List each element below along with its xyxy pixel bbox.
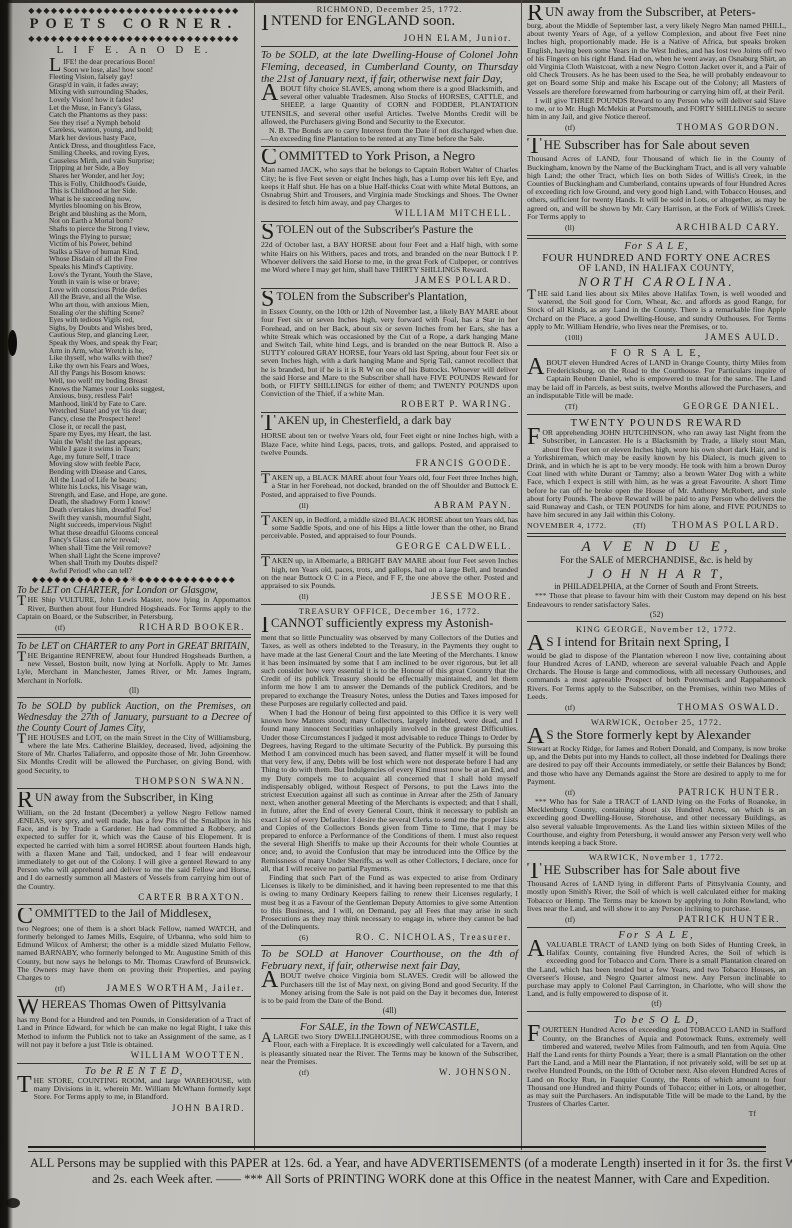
ad-hanover-slaves-sale: To be SOLD at Hanover Courthouse, on the… <box>261 948 518 1015</box>
ad-fleming-estate-sale: To be SOLD, at the late Dwelling-House o… <box>261 49 518 143</box>
ad-lead: WHEREAS Thomas Owen of Pittsylvania <box>17 999 251 1016</box>
ad-lead: COMMITTED to York Prison, a Negro <box>261 149 518 166</box>
ad-heading-line: J O H N H A R T, <box>527 566 786 582</box>
ad-hunting-creek-land: For S A L E, A VALUABLE TRACT of LAND ly… <box>527 930 786 1008</box>
ad-body: A VALUABLE TRACT of LAND lying on both S… <box>527 941 786 998</box>
ad-lead: THE Subscriber has for Sale about seven <box>527 138 786 155</box>
column-rule-2 <box>521 0 522 1150</box>
ad-body: William, on the 2d Instant (December) a … <box>17 809 251 891</box>
ad-tag: (6) <box>261 933 308 942</box>
signature-row: (tf) THOMAS OSWALD. <box>527 702 786 712</box>
ad-paragraph: Finding that such Part of the Fund as wa… <box>261 874 518 931</box>
ad-heading-line: A V E N D U E, <box>527 539 786 556</box>
divider-rule <box>261 471 518 472</box>
ad-signature: CARTER BRAXTON. <box>138 892 251 902</box>
signature-row: Tf <box>527 1109 786 1118</box>
divider-rule <box>17 1063 251 1064</box>
ad-signature: WILLIAM WOOTTEN. <box>131 1050 251 1060</box>
ad-heading-line: For the SALE of MERCHANDISE, &c. is held… <box>527 556 786 566</box>
ad-note: *** Those that please to favour him with… <box>527 592 786 608</box>
ad-body: ment that so little Punctuality was obse… <box>261 634 518 708</box>
ad-stolen-bay-mare-gray-horse: STOLEN from the Subscriber's Plantation,… <box>261 291 518 409</box>
ad-body: THE STORE, COUNTING ROOM, and large WARE… <box>17 1077 251 1102</box>
divider-rule <box>527 927 786 928</box>
ad-taken-up-albemarle: TAKEN up, in Albemarle, a BRIGHT BAY MAR… <box>261 557 518 601</box>
divider-rule <box>527 621 786 622</box>
footer-double-rule <box>28 1146 766 1152</box>
divider-rule <box>261 412 518 413</box>
signature-row: GEORGE CALDWELL. <box>261 541 518 551</box>
ad-committed-middlesex-jail: COMMITTED to the Jail of Middlesex, two … <box>17 908 251 993</box>
ad-signature: GEORGE CALDWELL. <box>396 541 518 551</box>
ad-blaikley-house-auction: To be SOLD by publick Auction, on the Pr… <box>17 701 251 786</box>
ad-signature: GEORGE DANIEL. <box>683 401 786 411</box>
ad-heading: To be SOLD at Hanover Courthouse, on the… <box>261 948 518 972</box>
ad-lead: AS I intend for Britain next Spring, I <box>527 635 786 652</box>
ad-lead: RUN away from the Subscriber, in King <box>17 792 251 809</box>
ad-tag: (ll) <box>17 686 251 695</box>
ad-brigantine-renfrew-charter: To be LET on CHARTER to any Port in GREA… <box>17 641 251 695</box>
signature-row: THOMPSON SWANN. <box>17 776 251 786</box>
column-middle: RICHMOND, December 25, 1772. I NTEND for… <box>261 5 518 1077</box>
divider-rule <box>17 996 251 997</box>
ad-dateline: NOVEMBER 4, 1772. <box>527 521 607 530</box>
ad-body: FOR apprehending JOHN HUTCHINSON, who ra… <box>527 429 786 519</box>
ad-signature: ABRAM PAYN. <box>434 500 518 510</box>
newspaper-page: ◆◆◆◆◆◆◆◆◆◆◆◆◆◆◆◆◆◆◆◆◆◆◆◆◆◆◆◆ POETS CORNE… <box>0 0 792 1228</box>
ad-vendue-john-hart: A V E N D U E, For the SALE of MERCHANDI… <box>527 539 786 618</box>
ad-heading-line: OF LAND, IN HALIFAX COUNTY, <box>527 264 786 274</box>
divider-rule <box>261 604 518 605</box>
ad-body: TAKEN up, in Bedford, a middle sized BLA… <box>261 516 518 541</box>
subscription-notice: ALL Persons may be supplied with this PA… <box>30 1156 792 1187</box>
ad-dateline: KING GEORGE, November 12, 1772. <box>527 625 786 634</box>
signature-row: FRANCIS GOODE. <box>261 458 518 468</box>
ad-body: Man named JACK, who says that he belongs… <box>261 166 518 207</box>
ad-signature: FRANCIS GOODE. <box>416 458 518 468</box>
ad-body: THE Ship VULTURE, John Lewis Master, now… <box>17 596 251 621</box>
signature-row: CARTER BRAXTON. <box>17 892 251 902</box>
signature-row: JOHN ELAM, Junior. <box>261 33 518 43</box>
ad-signature: WILLIAM MITCHELL. <box>395 208 518 218</box>
ad-signature: THOMAS POLLARD. <box>672 520 786 530</box>
signature-row: (Tf) GEORGE DANIEL. <box>527 401 786 411</box>
ad-lead: STOLEN out of the Subscriber's Pasture t… <box>261 224 518 241</box>
ad-signature: JAMES WORTHAM, Jailer. <box>107 983 252 993</box>
ad-newcastle-dwellinghouse: For SALE, in the Town of NEWCASTLE, A LA… <box>261 1021 518 1077</box>
ad-body: Thousand Acres of LAND lying in differen… <box>527 880 786 913</box>
ad-signature: ARCHIBALD CARY. <box>676 222 786 232</box>
signature-row: (6) RO. C. NICHOLAS, Treasurer. <box>261 932 518 942</box>
signature-row: (tf) RICHARD BOOKER. <box>17 622 251 632</box>
ad-signature: THOMPSON SWANN. <box>135 776 251 786</box>
ad-warwick-store-debts: WARWICK, October 25, 1772. AS the Store … <box>527 718 786 847</box>
divider-rule <box>261 512 518 513</box>
ad-stolen-bay-horse: STOLEN out of the Subscriber's Pasture t… <box>261 224 518 285</box>
ad-heading-line: For S A L E, <box>527 241 786 252</box>
signature-row: JAMES POLLARD. <box>261 275 518 285</box>
column-right: RUN away from the Subscriber, at Peters-… <box>527 5 786 1118</box>
section-title-poets-corner: POETS CORNER. <box>17 16 251 33</box>
ad-lead: RUN away from the Subscriber, at Peters- <box>527 5 786 22</box>
ad-halifax-nc-land: For S A L E, FOUR HUNDRED AND FORTY ONE … <box>527 241 786 342</box>
ad-orange-county-land: F O R S A L E, ABOUT eleven Hundred Acre… <box>527 348 786 411</box>
ad-body: ABOUT twelve choice Virginia born SLAVES… <box>261 972 518 1005</box>
ad-body: in Essex County, on the 10th or 12th of … <box>261 308 518 398</box>
ad-heading-line: in PHILADELPHIA, at the Corner of South … <box>527 582 786 591</box>
ad-signature: RO. C. NICHOLAS, Treasurer. <box>356 932 518 942</box>
ad-heading-line: NORTH CAROLINA. <box>527 274 786 290</box>
ad-tag: (tf) <box>17 623 65 632</box>
divider-rule <box>527 533 786 537</box>
ad-tag: (Tf) <box>527 402 578 411</box>
ad-lead: AS the Store formerly kept by Alexander <box>527 728 786 745</box>
ad-whereas-thomas-owen: WHEREAS Thomas Owen of Pittsylvania has … <box>17 999 251 1060</box>
ad-ship-vulture-charter: To be LET on CHARTER, for London or Glas… <box>17 585 251 632</box>
divider-rule <box>527 235 786 239</box>
ad-runaway-phill: RUN away from the Subscriber, at Peters-… <box>527 5 786 132</box>
ad-stafford-tobacco-land: To be S O L D, FOURTEEN Hundred Acres of… <box>527 1014 786 1118</box>
column-left: ◆◆◆◆◆◆◆◆◆◆◆◆◆◆◆◆◆◆◆◆◆◆◆◆◆◆◆◆ POETS CORNE… <box>17 5 251 1113</box>
ad-tag: (ll) <box>261 501 309 510</box>
ad-runaway-aeneas: RUN away from the Subscriber, in King Wi… <box>17 792 251 902</box>
signature-row: ROBERT P. WARING. <box>261 399 518 409</box>
ad-tag: (tf) <box>527 788 575 797</box>
ad-signature: JOHN ELAM, Junior. <box>404 33 518 43</box>
ad-body: has my Bond for a Hundred and ten Pounds… <box>17 1016 251 1049</box>
signature-row: (tf) THOMAS GORDON. <box>527 122 786 132</box>
ad-tag: (4ll) <box>261 1006 518 1015</box>
ad-body: ABOUT eleven Hundred Acres of LAND in Or… <box>527 359 786 400</box>
ad-pittsylvania-land: WARWICK, November 1, 1772. THE Subscribe… <box>527 853 786 924</box>
scan-artifact <box>8 330 17 356</box>
ad-buckingham-land: THE Subscriber has for Sale about seven … <box>527 138 786 232</box>
ad-taken-up-bedford: TAKEN up, in Bedford, a middle sized BLA… <box>261 516 518 552</box>
signature-row: JOHN BAIRD. <box>17 1103 251 1113</box>
signature-row: (tf) W. JOHNSON. <box>261 1067 518 1077</box>
scan-edge-top <box>0 0 560 3</box>
divider-rule <box>17 904 251 905</box>
ad-note: I will give THREE POUNDS Reward to any P… <box>527 97 786 122</box>
ad-signature: JOHN BAIRD. <box>172 1103 251 1113</box>
ad-lead: TAKEN up, in Chesterfield, a dark bay <box>261 415 518 432</box>
ad-taken-up-chesterfield: TAKEN up, in Chesterfield, a dark bay HO… <box>261 415 518 468</box>
ad-heading: To be SOLD by publick Auction, on the Pr… <box>17 701 251 734</box>
ad-tag: (Tf) <box>633 521 646 530</box>
ad-intend-for-england: RICHMOND, December 25, 1772. I NTEND for… <box>261 5 518 43</box>
ad-lead: I NTEND for ENGLAND soon. <box>261 15 518 32</box>
signature-row: (tf) PATRICK HUNTER. <box>527 787 786 797</box>
ad-body: would be glad to dispose of the Plantati… <box>527 652 786 701</box>
ad-lead: THE Subscriber has for Sale about five <box>527 863 786 880</box>
scan-edge-left <box>0 0 13 1228</box>
ad-body: TAKEN up, in Albemarle, a BRIGHT BAY MAR… <box>261 557 518 590</box>
ad-signature: JAMES POLLARD. <box>415 275 518 285</box>
ad-lead: STOLEN from the Subscriber's Plantation, <box>261 291 518 308</box>
signature-row: (ll) ARCHIBALD CARY. <box>527 222 786 232</box>
divider-rule <box>17 788 251 789</box>
ad-tag: (tf) <box>527 703 575 712</box>
ad-signature: JAMES AULD. <box>705 332 786 342</box>
divider-rule <box>17 634 251 638</box>
ad-body: burg, about the Middle of September last… <box>527 22 786 96</box>
poem-life-an-ode: LIFE! the dear precarious Boon! Soon we … <box>49 58 251 574</box>
signature-row: (ll) JESSE MOORE. <box>261 591 518 601</box>
ad-tag: (ll) <box>527 223 575 232</box>
ad-note: N. B. The Bonds are to carry Interest fr… <box>261 127 518 143</box>
ad-signature: THOMAS OSWALD. <box>678 702 786 712</box>
ad-body: THE said Land lies about six Miles above… <box>527 290 786 331</box>
column-rule-1 <box>254 0 255 1150</box>
ad-tag: (tf) <box>261 1068 309 1077</box>
divider-rule <box>261 288 518 289</box>
ad-signature: PATRICK HUNTER. <box>678 914 786 924</box>
ad-body: ABOUT fifty choice SLAVES, among whom th… <box>261 85 518 126</box>
ornament-row-icon: ◆◆◆◆◆◆◆◆◆◆◆◆◆◆◆◆◆◆◆◆◆◆◆◆◆◆◆◆ <box>17 6 251 15</box>
ad-dateline: WARWICK, November 1, 1772. <box>527 853 786 862</box>
ad-tag: (tf) <box>527 999 786 1008</box>
ornament-divider-icon: ◆◆◆◆◆◆◆◆◆◆◆◆◆✳◆◆◆◆◆◆◆◆◆◆◆◆◆ <box>17 575 251 584</box>
notice-treasury-office: TREASURY OFFICE, December 16, 1772. I CA… <box>261 607 518 942</box>
ad-store-to-be-rented: To be R E N T E D, THE STORE, COUNTING R… <box>17 1066 251 1113</box>
ad-tag: (tf) <box>17 984 65 993</box>
ad-body: TAKEN up, a BLACK MARE about four Years … <box>261 474 518 499</box>
ad-body: Thousand Acres of LAND, four Thousand of… <box>527 155 786 221</box>
divider-rule <box>261 554 518 555</box>
divider-rule <box>261 945 518 946</box>
divider-rule <box>527 714 786 715</box>
divider-rule <box>261 221 518 222</box>
signature-row: (tf) JAMES WORTHAM, Jailer. <box>17 983 251 993</box>
ad-committed-york-prison: COMMITTED to York Prison, a Negro Man na… <box>261 149 518 218</box>
ad-body: THE HOUSES and LOT, on the main Street i… <box>17 734 251 775</box>
ad-dateline: TREASURY OFFICE, December 16, 1772. <box>261 607 518 616</box>
ad-signature: RICHARD BOOKER. <box>139 622 251 632</box>
ad-twenty-pounds-reward: TWENTY POUNDS REWARD FOR apprehending JO… <box>527 417 786 530</box>
ad-dateline: WARWICK, October 25, 1772. <box>527 718 786 727</box>
ad-paragraph: When I had the Honour of being first app… <box>261 709 518 873</box>
divider-rule <box>527 414 786 415</box>
ad-body: HORSE about ten or twelve Years old, fou… <box>261 432 518 457</box>
signature-row: NOVEMBER 4, 1772. (Tf) THOMAS POLLARD. <box>527 520 786 530</box>
ad-note: *** Who has for Sale a TRACT of LAND lyi… <box>527 798 786 847</box>
ad-dateline: RICHMOND, December 25, 1772. <box>261 5 518 14</box>
divider-rule <box>527 135 786 136</box>
divider-rule <box>261 46 518 47</box>
ad-heading: To be SOLD, at the late Dwelling-House o… <box>261 49 518 85</box>
ad-tag: (ll) <box>261 592 309 601</box>
ad-heading-line: FOUR HUNDRED AND FORTY ONE ACRES <box>527 252 786 264</box>
divider-rule <box>261 1018 518 1019</box>
divider-rule <box>527 345 786 346</box>
ad-tag: Tf <box>749 1109 786 1118</box>
signature-row: (tf) PATRICK HUNTER. <box>527 914 786 924</box>
ad-body: 22d of October last, a BAY HORSE about f… <box>261 241 518 274</box>
ad-signature: PATRICK HUNTER. <box>678 787 786 797</box>
ad-body: A LARGE two Story DWELLINGHOUSE, with th… <box>261 1033 518 1066</box>
ad-lead: COMMITTED to the Jail of Middlesex, <box>17 908 251 925</box>
ad-body: FOURTEEN Hundred Acres of exceeding good… <box>527 1026 786 1108</box>
ad-signature: ROBERT P. WARING. <box>401 399 518 409</box>
ornament-row-icon: ◆◆◆◆◆◆◆◆◆◆◆◆◆◆◆◆◆◆◆◆◆◆◆◆◆◆◆◆ <box>17 34 251 43</box>
signature-row: (ll) ABRAM PAYN. <box>261 500 518 510</box>
ad-body: Stewart at Rocky Ridge, for James and Ro… <box>527 745 786 786</box>
divider-rule <box>261 146 518 147</box>
divider-rule <box>527 1011 786 1012</box>
ad-tag: (52) <box>527 610 786 619</box>
ad-lead: I CANNOT sufficiently express my Astonis… <box>261 617 518 634</box>
ad-body: two Negroes; one of them is a short blac… <box>17 925 251 982</box>
ad-signature: JESSE MOORE. <box>431 591 518 601</box>
divider-rule <box>527 850 786 851</box>
ad-tag: (tf) <box>527 123 575 132</box>
ad-king-george-plantation: KING GEORGE, November 12, 1772. AS I int… <box>527 625 786 712</box>
scan-artifact <box>6 1198 20 1208</box>
ad-taken-up-black-mare: TAKEN up, a BLACK MARE about four Years … <box>261 474 518 510</box>
ad-signature: W. JOHNSON. <box>439 1067 518 1077</box>
ad-signature: THOMAS GORDON. <box>677 122 786 132</box>
ad-body: THE Brigantine RENFREW, about four Hundr… <box>17 652 251 685</box>
signature-row: WILLIAM WOOTTEN. <box>17 1050 251 1060</box>
signature-row: WILLIAM MITCHELL. <box>261 208 518 218</box>
ad-tag: (tf) <box>527 915 575 924</box>
signature-row: (10ll) JAMES AULD. <box>527 332 786 342</box>
divider-rule <box>17 697 251 698</box>
ad-tag: (10ll) <box>527 333 582 342</box>
